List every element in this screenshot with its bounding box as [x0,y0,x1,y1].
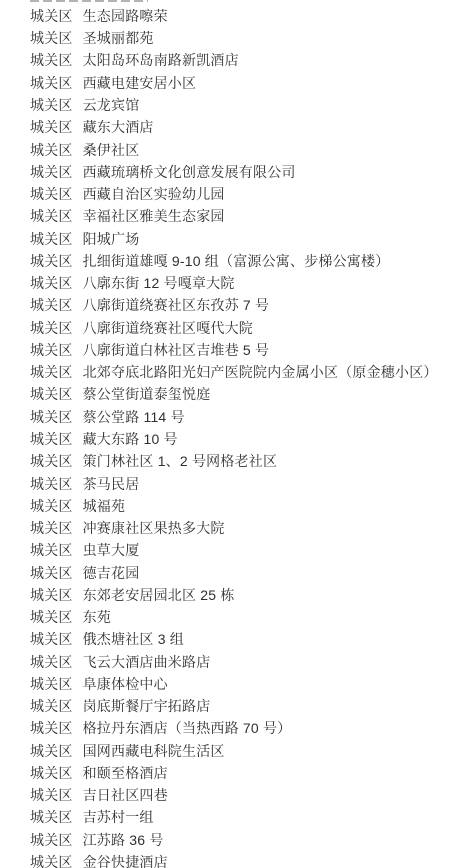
place-name: 国网西藏电科院生活区 [83,741,225,761]
district-label: 城关区 [30,807,73,827]
list-item: 城关区虫草大厦 [0,539,451,561]
place-name: 德吉花园 [83,563,140,583]
list-item: 城关区西藏电建安居小区 [0,72,451,94]
district-label: 城关区 [30,852,73,868]
district-label: 城关区 [30,117,73,137]
place-name: 飞云大酒店曲米路店 [83,652,211,672]
list-item: 城关区俄杰塘社区 3 组 [0,628,451,650]
list-item: 城关区八廓街道绕赛社区嘎代大院 [0,317,451,339]
list-item: 城关区生态园路嚓荣 [0,5,451,27]
district-label: 城关区 [30,273,73,293]
place-name: 扎细街道雄嘎 9-10 组（富源公寓、步梯公寓楼） [83,251,390,271]
place-name: 蔡公堂路 114 号 [83,407,185,427]
place-name: 西藏琉璃桥文化创意发展有限公司 [83,162,296,182]
list-item: 城关区蔡公堂街道泰玺悦庭 [0,383,451,405]
place-name: 江苏路 36 号 [83,830,164,850]
district-label: 城关区 [30,652,73,672]
list-item: 城关区和颐至格酒店 [0,762,451,784]
district-label: 城关区 [30,28,73,48]
place-name: 西藏电建安居小区 [83,73,197,93]
district-label: 城关区 [30,362,73,382]
district-label: 城关区 [30,162,73,182]
district-label: 城关区 [30,763,73,783]
list-item: 城关区飞云大酒店曲米路店 [0,651,451,673]
list-item: 城关区幸福社区雅美生态家园 [0,205,451,227]
list-item: 城关区圣城丽都苑 [0,27,451,49]
place-name: 金谷快捷酒店 [83,852,168,868]
list-item: 城关区蔡公堂路 114 号 [0,406,451,428]
list-item: 城关区太阳岛环岛南路新凯酒店 [0,49,451,71]
list-item: 城关区江苏路 36 号 [0,829,451,851]
place-name: 冲赛康社区果热多大院 [83,518,225,538]
place-name: 桑伊社区 [83,140,140,160]
list-item: 城关区吉苏村一组 [0,806,451,828]
place-name: 八廓街道白林社区吉堆巷 5 号 [83,340,270,360]
district-label: 城关区 [30,674,73,694]
place-name: 生态园路嚓荣 [83,6,168,26]
district-label: 城关区 [30,95,73,115]
place-name: 格拉丹东酒店（当热西路 70 号） [83,718,292,738]
list-item: 城关区八廓东街 12 号嘎章大院 [0,272,451,294]
place-name: 藏东大酒店 [83,117,154,137]
list-item: 城关区岗底斯餐厅宇拓路店 [0,695,451,717]
district-label: 城关区 [30,318,73,338]
place-name: 和颐至格酒店 [83,763,168,783]
list-item: 城关区桑伊社区 [0,138,451,160]
list-item: 城关区城福苑 [0,495,451,517]
place-name: 八廓东街 12 号嘎章大院 [83,273,235,293]
place-name: 吉日社区四巷 [83,785,168,805]
district-label: 城关区 [30,563,73,583]
list-item: 城关区金谷快捷酒店 [0,851,451,868]
place-name: 阳城广场 [83,229,140,249]
list-item: 城关区德吉花园 [0,561,451,583]
list-item: 城关区东苑 [0,606,451,628]
place-name: 岗底斯餐厅宇拓路店 [83,696,211,716]
district-label: 城关区 [30,474,73,494]
clipped-row-remnant [30,0,148,2]
list-item: 城关区国网西藏电科院生活区 [0,740,451,762]
district-label: 城关区 [30,340,73,360]
list-item: 城关区阳城广场 [0,227,451,249]
district-label: 城关区 [30,295,73,315]
list-item: 城关区云龙宾馆 [0,94,451,116]
district-label: 城关区 [30,50,73,70]
place-name: 城福苑 [83,496,126,516]
place-name: 策门林社区 1、2 号网格老社区 [83,451,278,471]
place-name: 北郊夺底北路阳光妇产医院院内金属小区（原金穗小区） [83,362,438,382]
district-label: 城关区 [30,741,73,761]
district-label: 城关区 [30,830,73,850]
list-item: 城关区扎细街道雄嘎 9-10 组（富源公寓、步梯公寓楼） [0,250,451,272]
district-label: 城关区 [30,696,73,716]
location-list: 城关区生态园路嚓荣 城关区圣城丽都苑 城关区太阳岛环岛南路新凯酒店 城关区西藏电… [0,5,451,868]
district-label: 城关区 [30,496,73,516]
district-label: 城关区 [30,6,73,26]
list-item: 城关区八廓街道绕赛社区东孜苏 7 号 [0,294,451,316]
district-label: 城关区 [30,206,73,226]
list-item: 城关区藏大东路 10 号 [0,428,451,450]
district-label: 城关区 [30,518,73,538]
district-label: 城关区 [30,540,73,560]
list-item: 城关区冲赛康社区果热多大院 [0,517,451,539]
place-name: 虫草大厦 [83,540,140,560]
district-label: 城关区 [30,785,73,805]
place-name: 阜康体检中心 [83,674,168,694]
place-name: 藏大东路 10 号 [83,429,178,449]
list-item: 城关区东郊老安居园北区 25 栋 [0,584,451,606]
list-item: 城关区茶马民居 [0,472,451,494]
district-label: 城关区 [30,229,73,249]
list-item: 城关区吉日社区四巷 [0,784,451,806]
district-label: 城关区 [30,407,73,427]
district-label: 城关区 [30,451,73,471]
place-name: 蔡公堂街道泰玺悦庭 [83,384,211,404]
list-item: 城关区藏东大酒店 [0,116,451,138]
list-item: 城关区西藏琉璃桥文化创意发展有限公司 [0,161,451,183]
place-name: 八廓街道绕赛社区东孜苏 7 号 [83,295,270,315]
place-name: 幸福社区雅美生态家园 [83,206,225,226]
district-label: 城关区 [30,607,73,627]
place-name: 太阳岛环岛南路新凯酒店 [83,50,239,70]
place-name: 云龙宾馆 [83,95,140,115]
district-label: 城关区 [30,429,73,449]
list-item: 城关区八廓街道白林社区吉堆巷 5 号 [0,339,451,361]
district-label: 城关区 [30,629,73,649]
district-label: 城关区 [30,140,73,160]
place-name: 八廓街道绕赛社区嘎代大院 [83,318,253,338]
district-label: 城关区 [30,251,73,271]
place-name: 东郊老安居园北区 25 栋 [83,585,235,605]
district-label: 城关区 [30,718,73,738]
district-label: 城关区 [30,184,73,204]
district-label: 城关区 [30,384,73,404]
district-label: 城关区 [30,73,73,93]
list-item: 城关区西藏自治区实验幼儿园 [0,183,451,205]
list-item: 城关区阜康体检中心 [0,673,451,695]
place-name: 东苑 [83,607,111,627]
place-name: 俄杰塘社区 3 组 [83,629,184,649]
place-name: 圣城丽都苑 [83,28,154,48]
place-name: 吉苏村一组 [83,807,154,827]
list-item: 城关区北郊夺底北路阳光妇产医院院内金属小区（原金穗小区） [0,361,451,383]
place-name: 西藏自治区实验幼儿园 [83,184,225,204]
place-name: 茶马民居 [83,474,140,494]
district-label: 城关区 [30,585,73,605]
list-item: 城关区格拉丹东酒店（当热西路 70 号） [0,717,451,739]
list-item: 城关区策门林社区 1、2 号网格老社区 [0,450,451,472]
